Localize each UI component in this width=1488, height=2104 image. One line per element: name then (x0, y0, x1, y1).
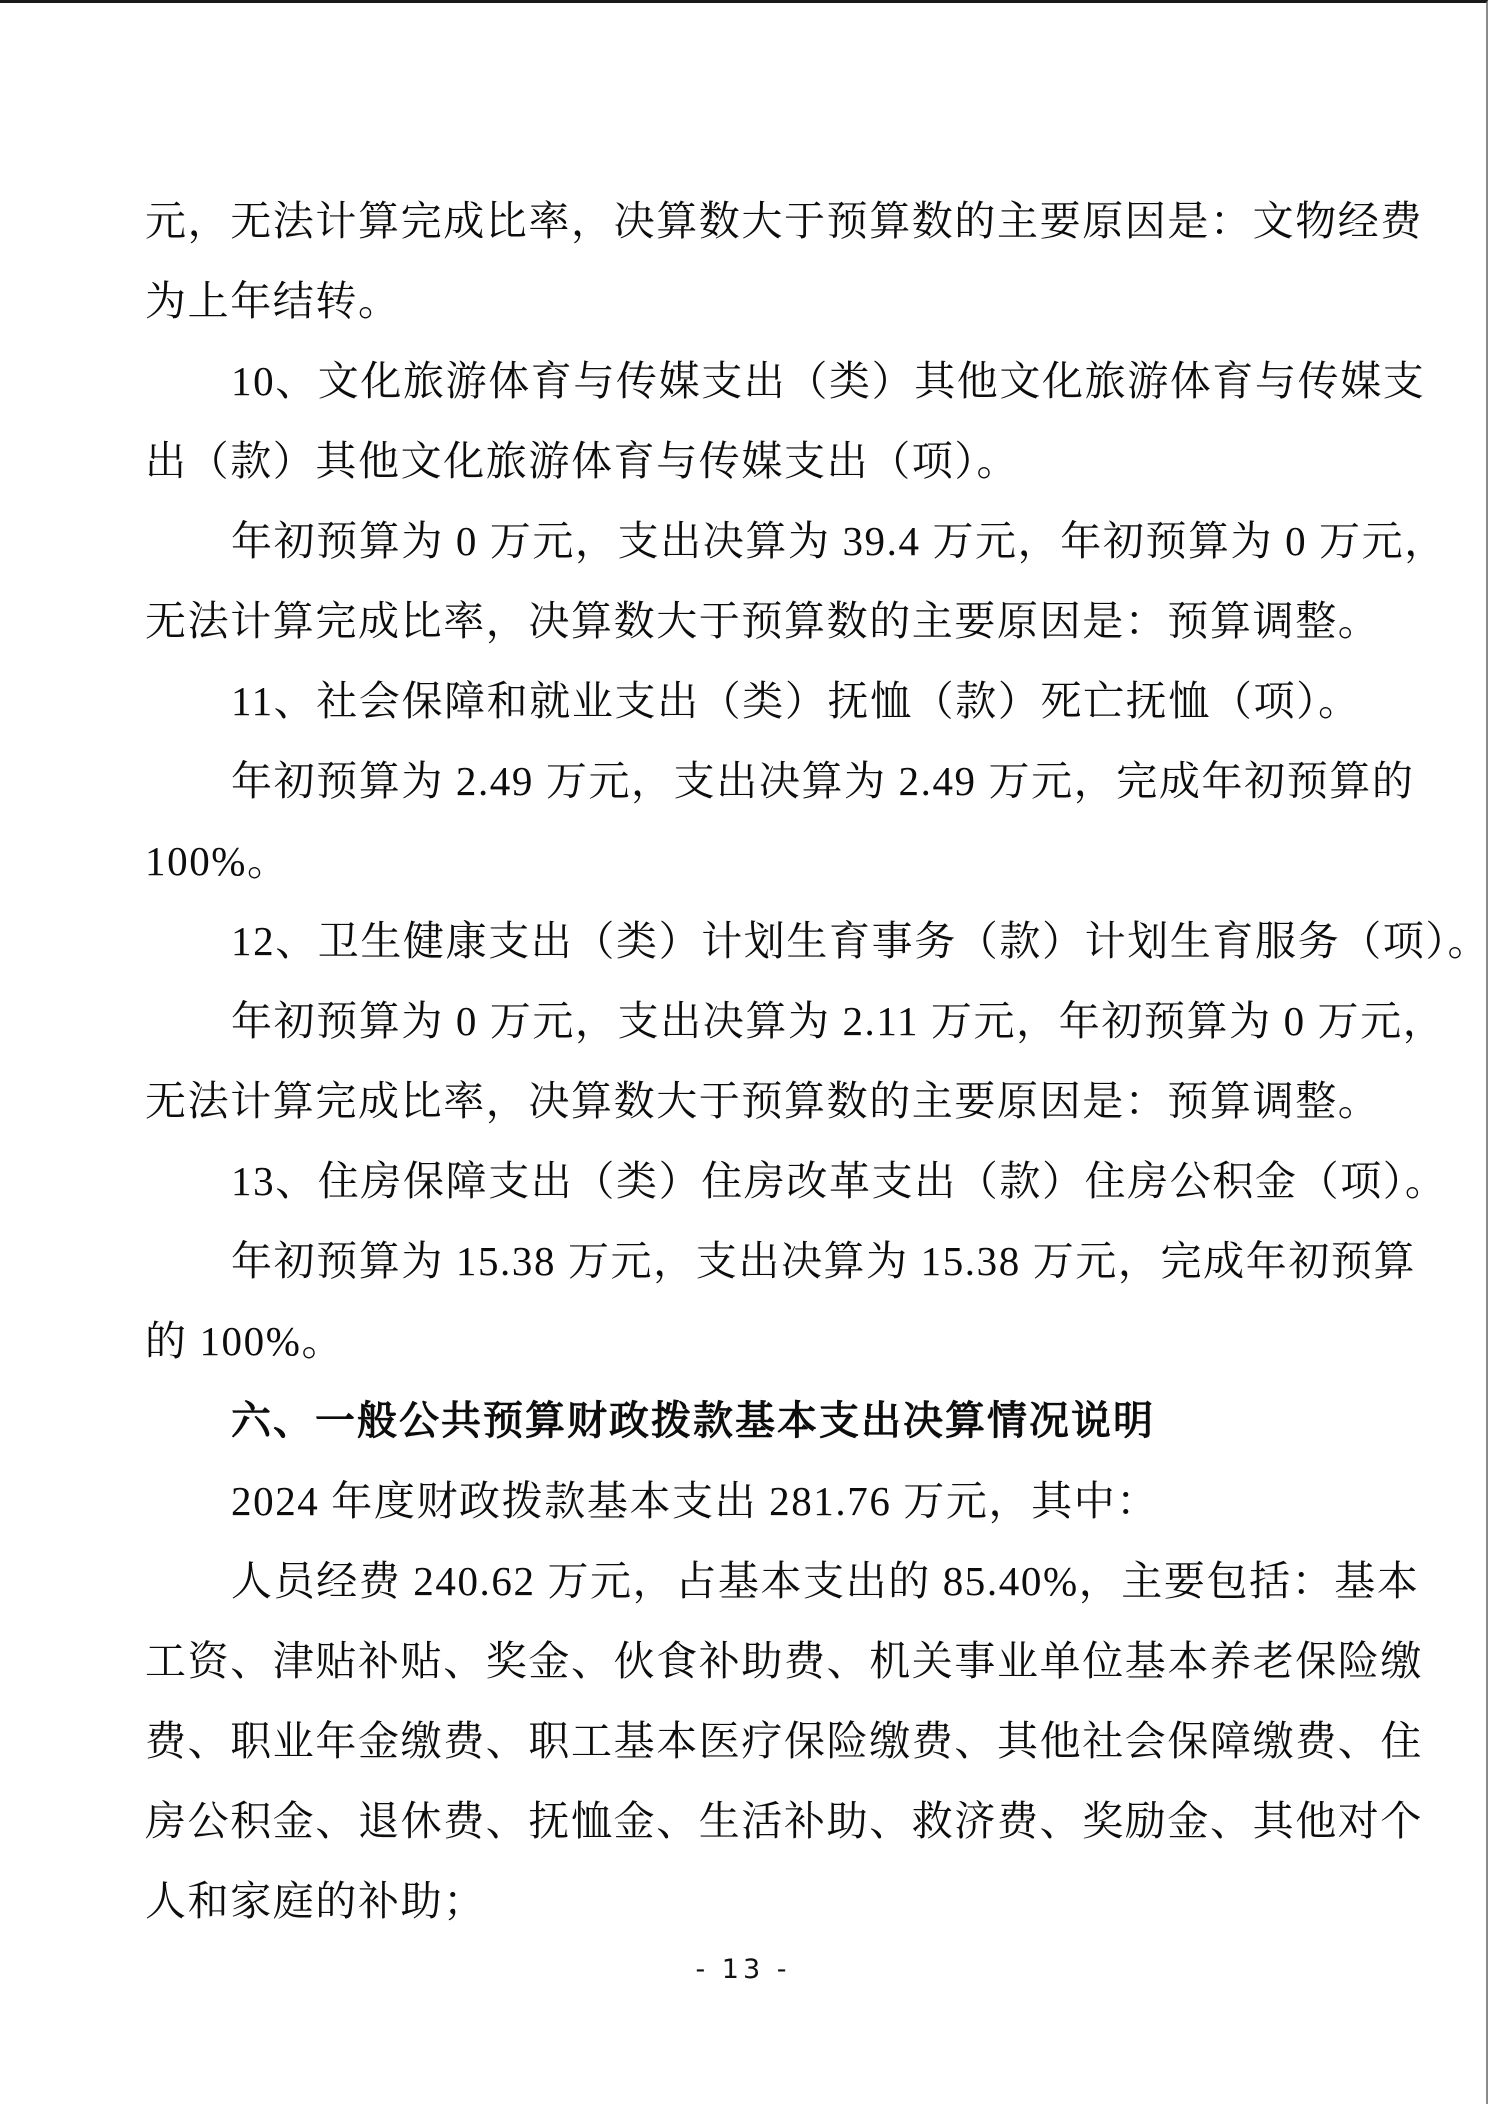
text-line: 出（款）其他文化旅游体育与传媒支出（项）。 (145, 421, 1355, 501)
text-line: 为上年结转。 (145, 261, 1355, 341)
text-line: 2024 年度财政拨款基本支出 281.76 万元，其中： (145, 1461, 1355, 1541)
section-heading: 六、一般公共预算财政拨款基本支出决算情况说明 (145, 1381, 1355, 1461)
text-line: 年初预算为 0 万元，支出决算为 39.4 万元，年初预算为 0 万元， (145, 501, 1355, 581)
text-line: 费、职业年金缴费、职工基本医疗保险缴费、其他社会保障缴费、住 (145, 1701, 1355, 1781)
text-line: 年初预算为 2.49 万元，支出决算为 2.49 万元，完成年初预算的 (145, 741, 1355, 821)
document-body: 元，无法计算完成比率，决算数大于预算数的主要原因是：文物经费为上年结转。10、文… (145, 181, 1355, 1941)
page-number: - 13 - (0, 1949, 1486, 1991)
text-line: 100%。 (145, 821, 1355, 901)
text-line: 的 100%。 (145, 1301, 1355, 1381)
document-page: 元，无法计算完成比率，决算数大于预算数的主要原因是：文物经费为上年结转。10、文… (0, 0, 1488, 2104)
text-line: 人员经费 240.62 万元，占基本支出的 85.40%，主要包括：基本 (145, 1541, 1355, 1621)
text-line: 无法计算完成比率，决算数大于预算数的主要原因是：预算调整。 (145, 1061, 1355, 1141)
text-line: 房公积金、退休费、抚恤金、生活补助、救济费、奖励金、其他对个 (145, 1781, 1355, 1861)
text-line: 元，无法计算完成比率，决算数大于预算数的主要原因是：文物经费 (145, 181, 1355, 261)
text-line: 工资、津贴补贴、奖金、伙食补助费、机关事业单位基本养老保险缴 (145, 1621, 1355, 1701)
text-line: 年初预算为 0 万元，支出决算为 2.11 万元，年初预算为 0 万元， (145, 981, 1355, 1061)
text-line: 人和家庭的补助； (145, 1861, 1355, 1941)
text-line: 年初预算为 15.38 万元，支出决算为 15.38 万元，完成年初预算 (145, 1221, 1355, 1301)
text-line: 10、文化旅游体育与传媒支出（类）其他文化旅游体育与传媒支 (145, 341, 1355, 421)
text-line: 无法计算完成比率，决算数大于预算数的主要原因是：预算调整。 (145, 581, 1355, 661)
text-line: 12、卫生健康支出（类）计划生育事务（款）计划生育服务（项）。 (145, 901, 1355, 981)
text-line: 13、住房保障支出（类）住房改革支出（款）住房公积金（项）。 (145, 1141, 1355, 1221)
text-line: 11、社会保障和就业支出（类）抚恤（款）死亡抚恤（项）。 (145, 661, 1355, 741)
